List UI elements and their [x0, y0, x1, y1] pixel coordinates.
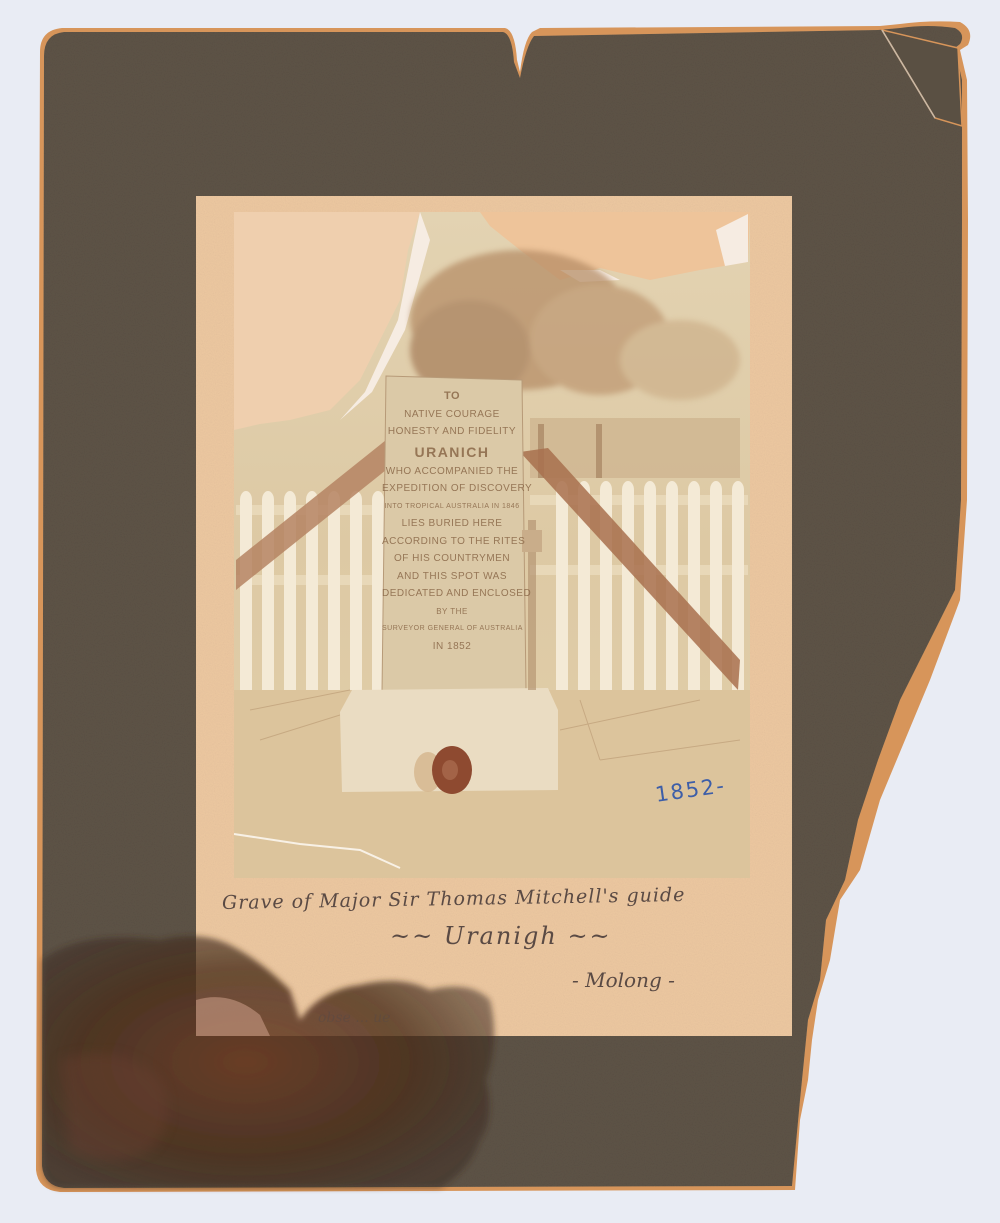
inscription-line: OF HIS COUNTRYMEN — [382, 550, 522, 568]
inscription-line: INTO TROPICAL AUSTRALIA IN 1846 — [382, 498, 522, 516]
headstone-inscription: TO NATIVE COURAGE HONESTY AND FIDELITY U… — [382, 388, 522, 655]
inscription-line: LIES BURIED HERE — [382, 515, 522, 533]
caption-line-3: - Molong - — [572, 968, 675, 992]
inscription-line: TO — [382, 388, 522, 406]
inscription-line: WHO ACCOMPANIED THE — [382, 463, 522, 481]
inscription-line: IN 1852 — [382, 638, 522, 656]
inscription-name: URANICH — [382, 441, 522, 463]
inscription-line: DEDICATED AND ENCLOSED — [382, 585, 522, 603]
inscription-line: NATIVE COURAGE — [382, 406, 522, 424]
inscription-line: HONESTY AND FIDELITY — [382, 423, 522, 441]
inscription-line: ACCORDING TO THE RITES — [382, 533, 522, 551]
caption-line-2: ~~ Uranigh ~~ — [390, 922, 612, 950]
inscription-line: EXPEDITION OF DISCOVERY — [382, 480, 522, 498]
inscription-line: AND THIS SPOT WAS — [382, 568, 522, 586]
caption-line-4: obse ... ue — [318, 1010, 390, 1026]
inscription-line: SURVEYOR GENERAL OF AUSTRALIA — [382, 620, 522, 638]
inscription-line: BY THE — [382, 603, 522, 621]
